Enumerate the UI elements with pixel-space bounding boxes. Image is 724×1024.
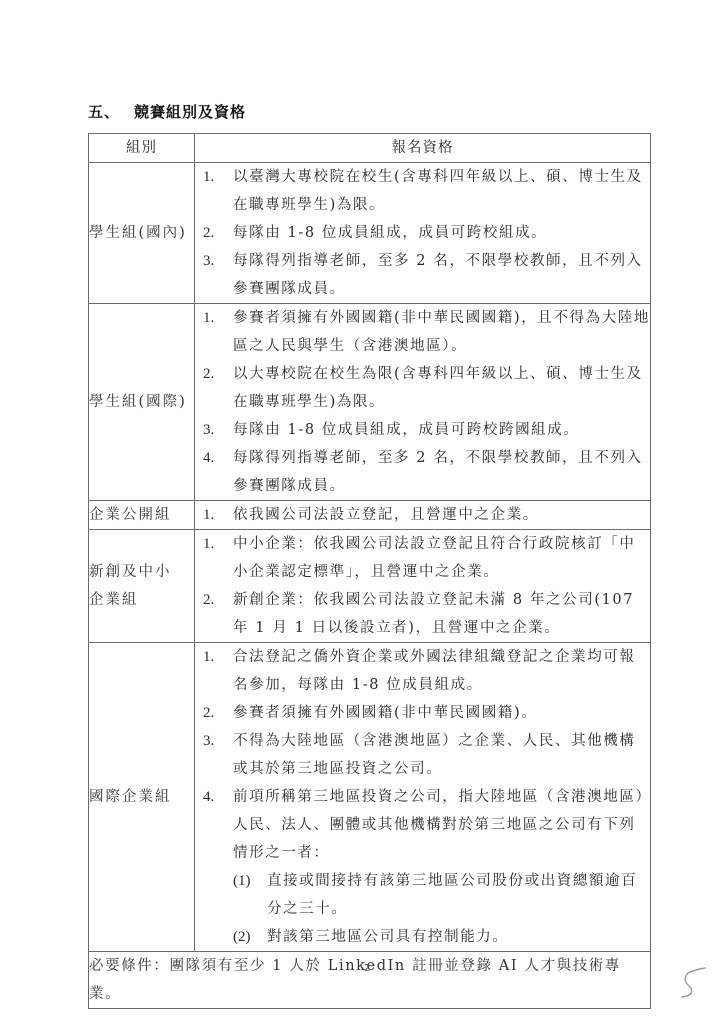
table-header-row: 組別 報名資格 [89,134,651,163]
required-condition: 必要條件：團隊須有至少 1 人於 LinkedIn 註冊並登錄 AI 人才與技術… [89,952,651,1009]
list-item: 2.參賽者須擁有外國國籍(非中華民國國籍)。 [195,699,650,727]
section-title: 競賽組別及資格 [134,103,246,121]
list-item: 1.合法登記之僑外資企業或外國法律組織登記之企業均可報名參加，每隊由 1-8 位… [195,643,650,699]
list-item: 1.參賽者須擁有外國國籍(非中華民國國籍)，且不得為大陸地區之人民與學生（含港澳… [195,304,650,360]
list-item: 3.每隊得列指導老師，至多 2 名，不限學校教師，且不列入參賽團隊成員。 [195,247,650,303]
list-item: 4.每隊得列指導老師，至多 2 名，不限學校教師，且不列入參賽團隊成員。 [195,444,650,500]
group-cell: 國際企業組 [89,643,195,952]
table-row: 學生組(國內) 1.以臺灣大專校院在校生(含專科四年級以上、碩、博士生及在職專班… [89,163,651,304]
table-row: 學生組(國際) 1.參賽者須擁有外國國籍(非中華民國國籍)，且不得為大陸地區之人… [89,304,651,501]
group-cell: 企業公開組 [89,501,195,530]
requirements-cell: 1.依我國公司法設立登記，且營運中之企業。 [195,501,651,530]
qualification-table: 組別 報名資格 學生組(國內) 1.以臺灣大專校院在校生(含專科四年級以上、碩、… [88,133,651,1009]
list-item: 1.中小企業：依我國公司法設立登記且符合行政院核訂「中小企業認定標準」，且營運中… [195,530,650,586]
group-cell: 學生組(國內) [89,163,195,304]
page-number: 2 [364,963,370,974]
group-cell: 學生組(國際) [89,304,195,501]
list-item: 3.不得為大陸地區（含港澳地區）之企業、人民、其他機構或其於第三地區投資之公司。 [195,727,650,783]
requirements-cell: 1.合法登記之僑外資企業或外國法律組織登記之企業均可報名參加，每隊由 1-8 位… [195,643,651,952]
list-item: 4. 前項所稱第三地區投資之公司，指大陸地區（含港澳地區）人民、法人、團體或其他… [195,783,650,951]
list-item: 1.以臺灣大專校院在校生(含專科四年級以上、碩、博士生及在職專班學生)為限。 [195,163,650,219]
list-item: 2.以大專校院在校生為限(含專科四年級以上、碩、博士生及在職專班學生)為限。 [195,360,650,416]
handwritten-mark-icon [672,962,712,1002]
list-item: 1.依我國公司法設立登記，且營運中之企業。 [195,501,650,529]
list-item: 2.每隊由 1-8 位成員組成，成員可跨校組成。 [195,219,650,247]
requirements-cell: 1.參賽者須擁有外國國籍(非中華民國國籍)，且不得為大陸地區之人民與學生（含港澳… [195,304,651,501]
table-row: 國際企業組 1.合法登記之僑外資企業或外國法律組織登記之企業均可報名參加，每隊由… [89,643,651,952]
section-heading: 五、競賽組別及資格 [88,101,246,122]
list-item: 2.新創企業：依我國公司法設立登記未滿 8 年之公司(107 年 1 月 1 日… [195,586,650,642]
table-row: 新創及中小企業組 1.中小企業：依我國公司法設立登記且符合行政院核訂「中小企業認… [89,530,651,643]
sub-list-item: (1)直接或間接持有該第三地區公司股份或出資總額逾百分之三十。 [233,867,650,923]
sub-list-item: (2)對該第三地區公司具有控制能力。 [233,923,650,951]
requirements-cell: 1.中小企業：依我國公司法設立登記且符合行政院核訂「中小企業認定標準」，且營運中… [195,530,651,643]
sub-list: (1)直接或間接持有該第三地區公司股份或出資總額逾百分之三十。 (2)對該第三地… [233,867,650,951]
header-requirements: 報名資格 [195,134,651,163]
table-footer-row: 必要條件：團隊須有至少 1 人於 LinkedIn 註冊並登錄 AI 人才與技術… [89,952,651,1009]
header-group: 組別 [89,134,195,163]
section-number: 五、 [88,103,120,121]
table-row: 企業公開組 1.依我國公司法設立登記，且營運中之企業。 [89,501,651,530]
group-cell: 新創及中小企業組 [89,530,195,643]
requirements-cell: 1.以臺灣大專校院在校生(含專科四年級以上、碩、博士生及在職專班學生)為限。 2… [195,163,651,304]
list-item: 3.每隊由 1-8 位成員組成，成員可跨校跨國組成。 [195,416,650,444]
